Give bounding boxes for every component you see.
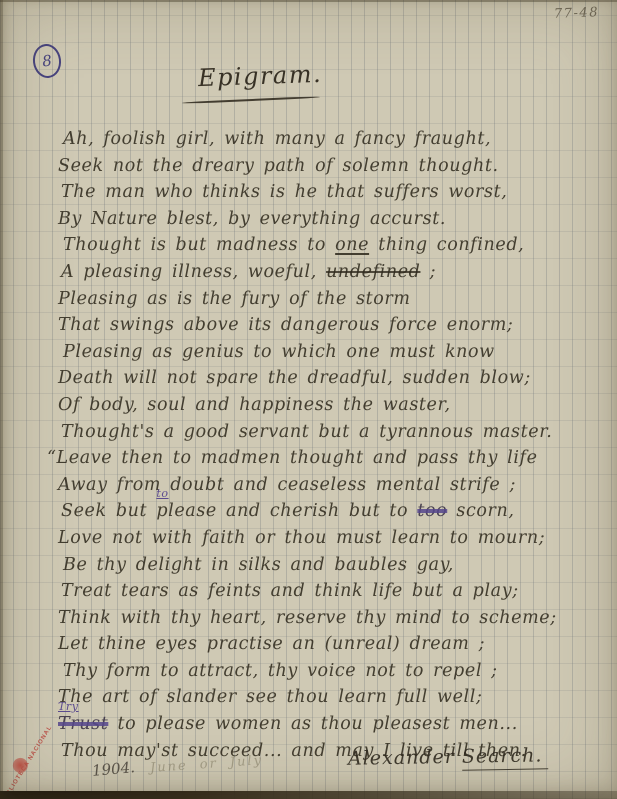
poem-line: The man who thinks is he that suffers wo… [61, 179, 607, 206]
poem-line: Think with thy heart, reserve thy mind t… [58, 605, 607, 632]
poem-text: By Nature blest, by everything accurst. [58, 209, 446, 229]
archive-number: 77-48 [554, 5, 599, 22]
inserted-word: Try [58, 701, 79, 712]
poem-text: “Leave then to madmen thought and pass t… [47, 448, 538, 468]
poem-line: Pleasing as genius to which one must kno… [63, 339, 607, 366]
poem-text: The art of slander see thou learn full w… [58, 687, 482, 707]
author-signature: Alexander Search. [348, 744, 549, 769]
leaf-number: 8 [41, 51, 53, 70]
correction-stack: TryTrust [58, 714, 108, 734]
poem-line: Away from doubt and ceaseless mental str… [58, 472, 607, 499]
poem-text: The man who thinks is he that suffers wo… [61, 182, 507, 202]
poem-line: The art of slander see thou learn full w… [58, 684, 607, 711]
signature-last-name: Search. [462, 744, 549, 771]
poem-text: A pleasing illness, woeful, [61, 262, 326, 282]
poem-text: Thought is but madness to [63, 235, 335, 255]
poem-line: Love not with faith or thou must learn t… [58, 525, 607, 552]
poem-text: Ah, foolish girl, with many a fancy frau… [63, 129, 491, 149]
poem-text: Away from doubt and ceaseless mental str… [58, 475, 516, 495]
poem-line: Ah, foolish girl, with many a fancy frau… [63, 126, 607, 153]
poem-text: Love not with faith or thou must learn t… [58, 528, 545, 548]
poem-text: thing confined, [369, 235, 524, 255]
poem-text: Thy form to attract, thy voice not to re… [63, 661, 498, 681]
poem-text: Pleasing as genius to which one must kno… [63, 342, 495, 362]
poem-line: Thy form to attract, thy voice not to re… [63, 658, 607, 685]
poem-line: A pleasing illness, woeful, undefined ; [61, 259, 607, 286]
poem-line: Death will not spare the dreadful, sudde… [58, 365, 607, 392]
poem-text: please and cherish but to [156, 501, 417, 521]
date-label: 1904. [91, 758, 135, 780]
poem-text: Seek not the dreary path of solemn thoug… [58, 156, 499, 176]
poem-text: That swings above its dangerous force en… [58, 315, 513, 335]
poem-text: Trust [58, 714, 108, 734]
poem-line: Thought's a good servant but a tyrannous… [61, 419, 607, 446]
poem-text: Pleasing as is the fury of the storm [58, 289, 411, 309]
poem-line: Seek but toplease and cherish but to too… [61, 498, 607, 525]
library-stamp: BIBLIOTECA NACIONAL [0, 732, 60, 799]
poem-line: Seek not the dreary path of solemn thoug… [58, 153, 607, 180]
poem-text: Treat tears as feints and think life but… [61, 581, 519, 601]
poem-line: By Nature blest, by everything accurst. [58, 206, 607, 233]
poem-line: Of body, soul and happiness the waster, [58, 392, 607, 419]
poem-text: Be thy delight in silks and baubles gay, [63, 555, 454, 575]
inserted-word: to [156, 488, 168, 499]
poem-text: undefined [326, 262, 420, 282]
top-edge-shadow [0, 0, 617, 2]
title-underline [182, 96, 320, 104]
library-stamp-text: BIBLIOTECA NACIONAL [2, 727, 53, 799]
left-edge-shadow [0, 0, 3, 799]
poem-line: That swings above its dangerous force en… [58, 312, 607, 339]
leaf-number-circle: 8 [31, 42, 63, 79]
poem-line: Pleasing as is the fury of the storm [58, 286, 607, 313]
poem-text: ; [420, 262, 436, 282]
poem-text: Let thine eyes practise an (unreal) drea… [58, 634, 485, 654]
poem-text: Think with thy heart, reserve thy mind t… [58, 608, 557, 628]
signature-first-name: Alexander [348, 746, 462, 770]
poem-lines: Ah, foolish girl, with many a fancy frau… [58, 126, 607, 764]
poem-line: Treat tears as feints and think life but… [61, 578, 607, 605]
poem-text: Seek but [61, 501, 156, 521]
poem-text: scorn, [447, 501, 514, 521]
manuscript-page: 77-48 8 Epigram. Ah, foolish girl, with … [0, 0, 617, 799]
poem-text: to please women as thou pleasest men... [108, 714, 518, 734]
poem-line: Be thy delight in silks and baubles gay, [63, 552, 607, 579]
poem-line: Thought is but madness to one thing conf… [63, 232, 607, 259]
poem-text: one [335, 235, 369, 255]
poem-line: TryTrust to please women as thou pleases… [58, 711, 607, 738]
poem-line: Let thine eyes practise an (unreal) drea… [58, 631, 607, 658]
stamp-seal-icon [12, 757, 29, 774]
poem-text: Of body, soul and happiness the waster, [58, 395, 451, 415]
correction-stack: toplease and cherish but to [156, 501, 417, 521]
bottom-edge-shadow [0, 791, 617, 799]
poem-text: Death will not spare the dreadful, sudde… [58, 368, 531, 388]
poem-line: “Leave then to madmen thought and pass t… [47, 445, 607, 472]
poem-text: too [417, 501, 447, 521]
poem-title: Epigram. [198, 60, 323, 92]
poem-text: Thought's a good servant but a tyrannous… [61, 422, 552, 442]
